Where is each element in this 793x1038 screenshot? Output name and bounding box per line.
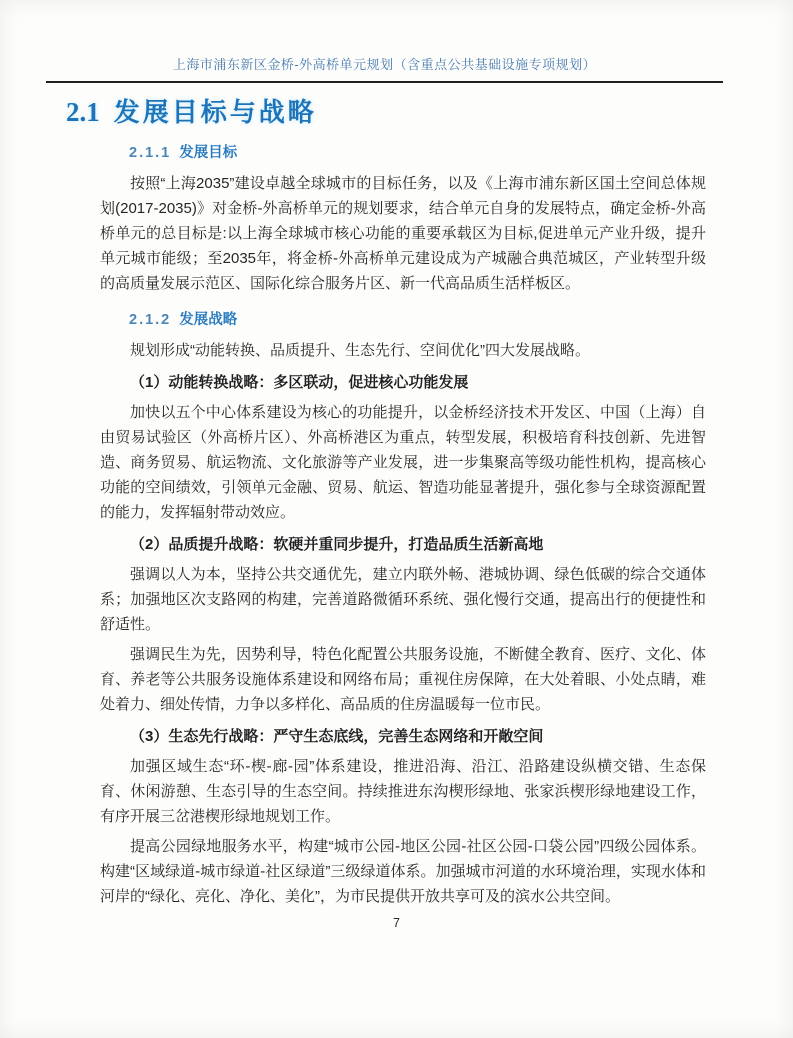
chapter-title: 发展目标与战略: [114, 97, 317, 127]
paragraph-development-goal: 按照“上海2035”建设卓越全球城市的目标任务，以及《上海市浦东新区国土空间总体…: [100, 171, 706, 296]
strategy-1-paragraph: 加快以五个中心体系建设为核心的功能提升，以金桥经济技术开发区、中国（上海）自由贸…: [100, 400, 706, 525]
subsection-212-title: 发展战略: [179, 312, 237, 328]
strategy-1-heading: （1）动能转换战略：多区联动，促进核心功能发展: [100, 370, 706, 395]
document-body: 2.1.1发展目标 按照“上海2035”建设卓越全球城市的目标任务，以及《上海市…: [100, 141, 706, 909]
page-number: 7: [0, 916, 793, 930]
subsection-211-number: 2.1.1: [129, 145, 171, 161]
running-header: 上海市浦东新区金桥-外高桥单元规划（含重点公共基础设施专项规划）: [46, 0, 723, 83]
subsection-211-title: 发展目标: [179, 145, 237, 161]
subsection-heading-212: 2.1.2发展战略: [100, 308, 706, 333]
strategy-3-paragraph-2: 提高公园绿地服务水平，构建“城市公园-地区公园-社区公园-口袋公园”四级公园体系…: [100, 834, 706, 909]
chapter-heading: 2.1发展目标与战略: [66, 93, 793, 129]
strategy-3-paragraph-1: 加强区域生态“环-楔-廊-园”体系建设，推进沿海、沿江、沿路建设纵横交错、生态保…: [100, 754, 706, 829]
strategy-3-heading: （3）生态先行战略：严守生态底线，完善生态网络和开敞空间: [100, 724, 706, 749]
running-header-title: 上海市浦东新区金桥-外高桥单元规划（含重点公共基础设施专项规划）: [173, 57, 596, 72]
subsection-heading-211: 2.1.1发展目标: [100, 141, 706, 166]
paragraph-strategy-intro: 规划形成“动能转换、品质提升、生态先行、空间优化”四大发展战略。: [100, 338, 706, 363]
strategy-2-heading: （2）品质提升战略：软硬并重同步提升，打造品质生活新高地: [100, 532, 706, 557]
subsection-212-number: 2.1.2: [129, 312, 171, 328]
chapter-number: 2.1: [66, 97, 100, 127]
document-page: 上海市浦东新区金桥-外高桥单元规划（含重点公共基础设施专项规划） 2.1发展目标…: [0, 0, 793, 1038]
strategy-2-paragraph-2: 强调民生为先，因势利导，特色化配置公共服务设施，不断健全教育、医疗、文化、体育、…: [100, 642, 706, 717]
strategy-2-paragraph-1: 强调以人为本，坚持公共交通优先，建立内联外畅、港城协调、绿色低碳的综合交通体系；…: [100, 562, 706, 637]
